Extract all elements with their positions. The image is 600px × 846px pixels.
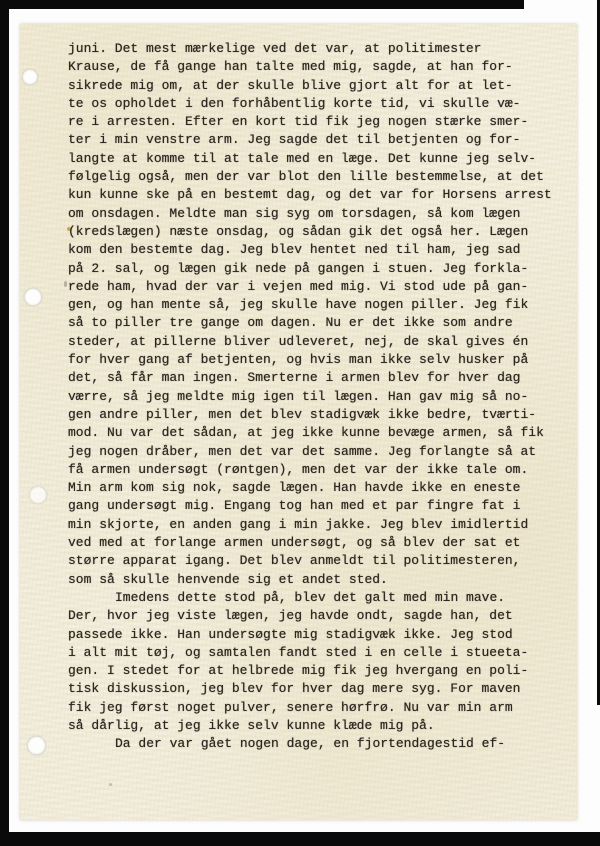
typewritten-line: Min arm kom sig nok, sagde lægen. Han ha…: [68, 479, 560, 497]
typewritten-line: sikrede mig om, at der skulle blive gjor…: [68, 77, 560, 95]
punch-hole: [24, 288, 42, 306]
typewritten-line: Krause, de få gange han talte med mig, s…: [68, 58, 560, 76]
typewritten-line: det, så får man ingen. Smerterne i armen…: [68, 369, 560, 387]
typewritten-line: kun kunne ske på en bestemt dag, og det …: [68, 186, 560, 204]
typewritten-line: så dårlig, at jeg ikke selv kunne klæde …: [68, 717, 560, 735]
punch-hole: [27, 736, 46, 755]
typewritten-line: gang undersøgt mig. Engang tog han med e…: [68, 497, 560, 515]
typewritten-line: (kredslægen) næste onsdag, og sådan gik …: [68, 223, 560, 241]
scan-frame-top: [0, 0, 524, 9]
scanned-document-viewport: { "document": { "kind": "scanned typewri…: [0, 0, 600, 846]
typewritten-line: gen andre piller, men det blev stadigvæk…: [68, 406, 560, 424]
scan-speck: [109, 783, 112, 786]
typewritten-line: kom den bestemte dag. Jeg blev hentet ne…: [68, 241, 560, 259]
typewritten-line: min skjorte, en anden gang i min jakke. …: [68, 516, 560, 534]
typewritten-line: på 2. sal, og lægen gik nede på gangen i…: [68, 260, 560, 278]
punch-hole: [29, 486, 47, 504]
typewritten-line: juni. Det mest mærkelige ved det var, at…: [68, 40, 560, 58]
typewritten-line: Der, hvor jeg viste lægen, jeg havde ond…: [68, 607, 560, 625]
typewritten-line: få armen undersøgt (røntgen), men det va…: [68, 461, 560, 479]
typewritten-line: te os opholdet i den forhåbentlig korte …: [68, 95, 560, 113]
typewritten-line: re i arresten. Efter en kort tid fik jeg…: [68, 113, 560, 131]
scan-speck: [64, 281, 67, 287]
typewritten-line: gen, og han mente så, jeg skulle have no…: [68, 296, 560, 314]
typewritten-line: langte at komme til at tale med en læge.…: [68, 150, 560, 168]
punch-hole: [22, 69, 38, 85]
scan-frame-left: [0, 0, 9, 846]
typewritten-line: i alt mit tøj, og samtalen fandt sted i …: [68, 644, 560, 662]
typewritten-line: følgelig også, men der var blot den lill…: [68, 168, 560, 186]
typewritten-line: steder, at pillerne bliver udleveret, ne…: [68, 333, 560, 351]
typewritten-line: værre, så jeg meldte mig igen til lægen.…: [68, 388, 560, 406]
typewritten-line: ved med at forlange armen undersøgt, og …: [68, 534, 560, 552]
scan-frame-bottom: [0, 832, 600, 846]
typewritten-line: tisk diskussion, jeg blev for hver dag m…: [68, 680, 560, 698]
typewritten-line: mod. Nu var det sådan, at jeg ikke kunne…: [68, 424, 560, 442]
typewritten-line: for hver gang af betjenten, og hvis man …: [68, 351, 560, 369]
typewritten-text-block: juni. Det mest mærkelige ved det var, at…: [68, 40, 560, 754]
typewritten-line: om onsdagen. Meldte man sig syg om torsd…: [68, 205, 560, 223]
typewritten-line: fik jeg først noget pulver, senere hørfr…: [68, 699, 560, 717]
typewritten-line: rede ham, hvad der var i vejen med mig. …: [68, 278, 560, 296]
typewritten-line: Da der var gået nogen dage, en fjortenda…: [68, 735, 560, 753]
typewritten-line: gen. I stedet for at helbrede mig fik je…: [68, 662, 560, 680]
typewritten-line: Imedens dette stod på, blev det galt med…: [68, 589, 560, 607]
typewritten-line: større apparat igang. Det blev anmeldt t…: [68, 552, 560, 570]
typewritten-line: som så skulle henvende sig et andet sted…: [68, 571, 560, 589]
typewritten-line: passede ikke. Han undersøgte mig stadigv…: [68, 626, 560, 644]
typewritten-line: jeg nogen dråber, men det var det samme.…: [68, 443, 560, 461]
typewritten-line: så to piller tre gange om dagen. Nu er d…: [68, 314, 560, 332]
typewritten-line: ter i min venstre arm. Jeg sagde det til…: [68, 131, 560, 149]
